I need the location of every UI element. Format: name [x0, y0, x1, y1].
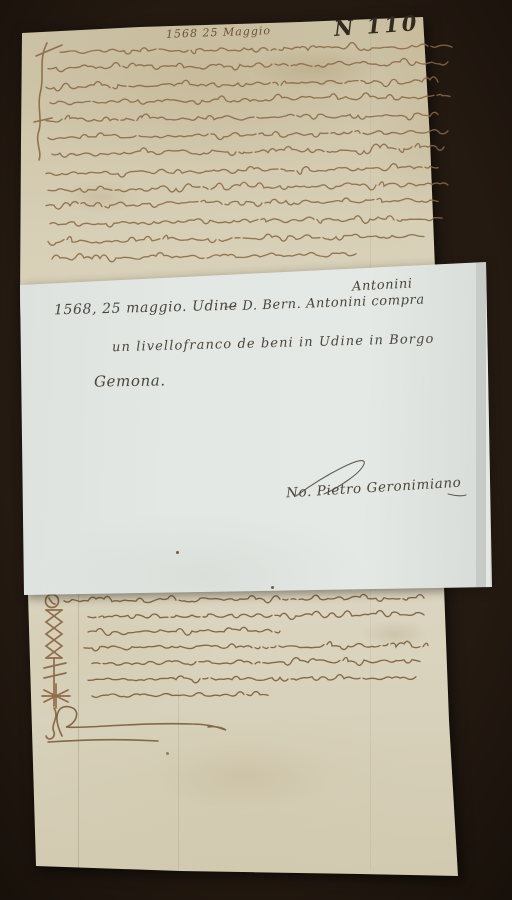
manuscript-line	[50, 93, 453, 105]
manuscript-line	[48, 130, 448, 140]
manuscript-line	[60, 43, 452, 54]
manuscript-line	[46, 198, 438, 209]
manuscript-line	[88, 611, 427, 620]
manuscript-line	[46, 77, 438, 91]
manuscript-line	[48, 58, 448, 71]
manuscript-line	[92, 692, 268, 698]
manuscript-line	[52, 253, 356, 262]
manuscript-line	[46, 112, 438, 122]
manuscript-line	[52, 144, 444, 158]
manuscript-line	[92, 658, 420, 666]
manuscript-line	[88, 627, 280, 635]
paraph-flourish	[48, 707, 226, 742]
manuscript-line	[50, 216, 445, 227]
manuscript-line	[46, 164, 438, 177]
manuscript-ink-layer	[0, 0, 512, 900]
notary-knot-mark	[42, 595, 70, 739]
manuscript-line	[64, 594, 424, 602]
top-text-block	[46, 43, 453, 262]
scan-canvas: 1568 25 Maggio N 110	[0, 0, 512, 900]
manuscript-line	[48, 234, 424, 245]
bottom-text-block	[64, 594, 428, 697]
manuscript-line	[88, 675, 416, 683]
manuscript-line	[48, 182, 448, 192]
manuscript-line	[84, 641, 428, 651]
